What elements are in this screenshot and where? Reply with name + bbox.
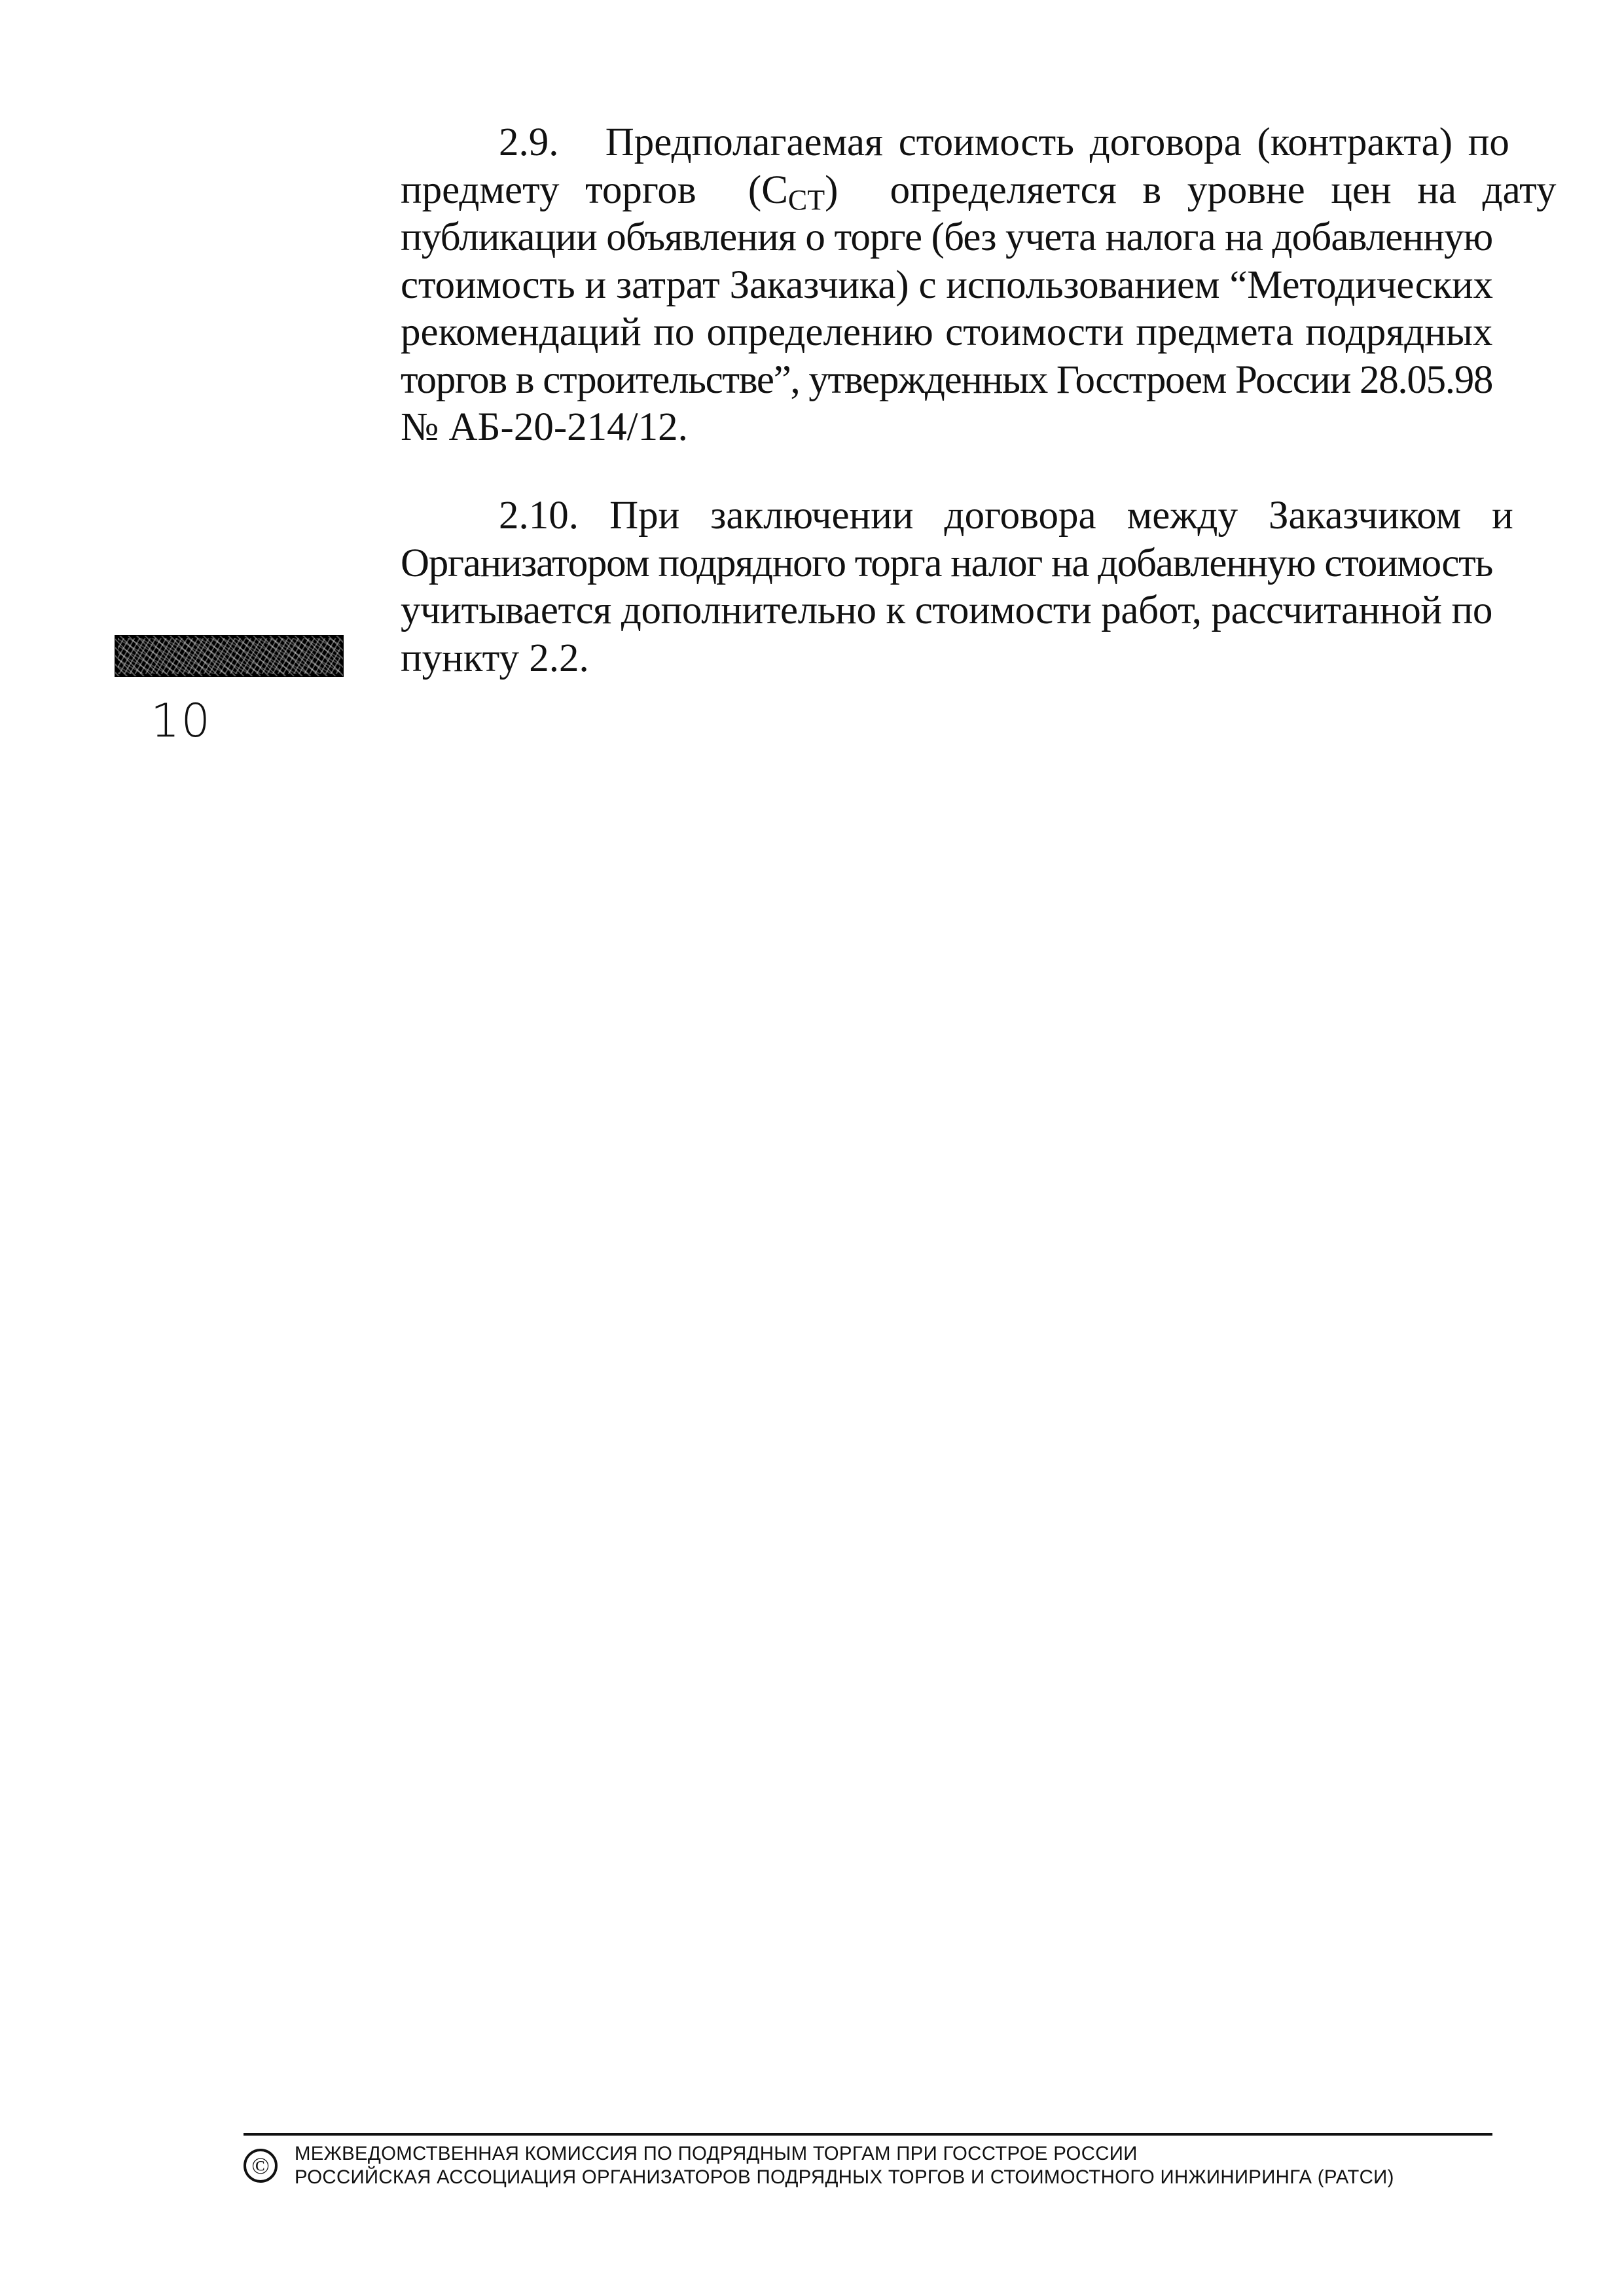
- footer-text: МЕЖВЕДОМСТВЕННАЯ КОМИССИЯ ПО ПОДРЯДНЫМ Т…: [295, 2142, 1394, 2189]
- cost-symbol-subscript: СТ: [788, 184, 825, 216]
- paragraph-number: 2.9.: [499, 120, 559, 164]
- paragraph-line: предмету торгов (CСТ) определяется в уро…: [401, 167, 1492, 215]
- paragraph-line: стоимость и затрат Заказчика) с использо…: [401, 262, 1492, 310]
- paragraph-line: 2.9. Предполагаемая стоимость договора (…: [401, 119, 1492, 167]
- page-number: 10: [151, 694, 211, 748]
- cost-symbol: C: [761, 168, 788, 212]
- paragraph-number: 2.10.: [499, 494, 579, 538]
- paragraph-line: публикации объявления о торге (без учета…: [401, 214, 1492, 262]
- footer-divider: [244, 2133, 1492, 2136]
- paragraph-line: учитывается дополнительно к стоимости ра…: [401, 587, 1492, 635]
- paragraph-line: № АБ-20-214/12.: [401, 404, 1492, 452]
- paragraph-2-9: 2.9. Предполагаемая стоимость договора (…: [401, 119, 1492, 452]
- footer-line-2: РОССИЙСКАЯ АССОЦИАЦИЯ ОРГАНИЗАТОРОВ ПОДР…: [295, 2166, 1394, 2189]
- copyright-icon: ©: [244, 2149, 278, 2183]
- paragraph-line: пункту 2.2.: [401, 635, 1492, 683]
- paragraph-line: рекомендаций по определению стоимости пр…: [401, 309, 1492, 357]
- paragraph-line: торгов в строительстве”, утвержденных Го…: [401, 357, 1492, 405]
- footer-line-1: МЕЖВЕДОМСТВЕННАЯ КОМИССИЯ ПО ПОДРЯДНЫМ Т…: [295, 2142, 1394, 2166]
- paragraph-2-10: 2.10. При заключении договора между Зака…: [401, 492, 1492, 682]
- page-marker-bar: [115, 635, 344, 677]
- paragraph-line: 2.10. При заключении договора между Зака…: [401, 492, 1492, 540]
- paragraph-line: Организатором подрядного торга налог на …: [401, 540, 1492, 588]
